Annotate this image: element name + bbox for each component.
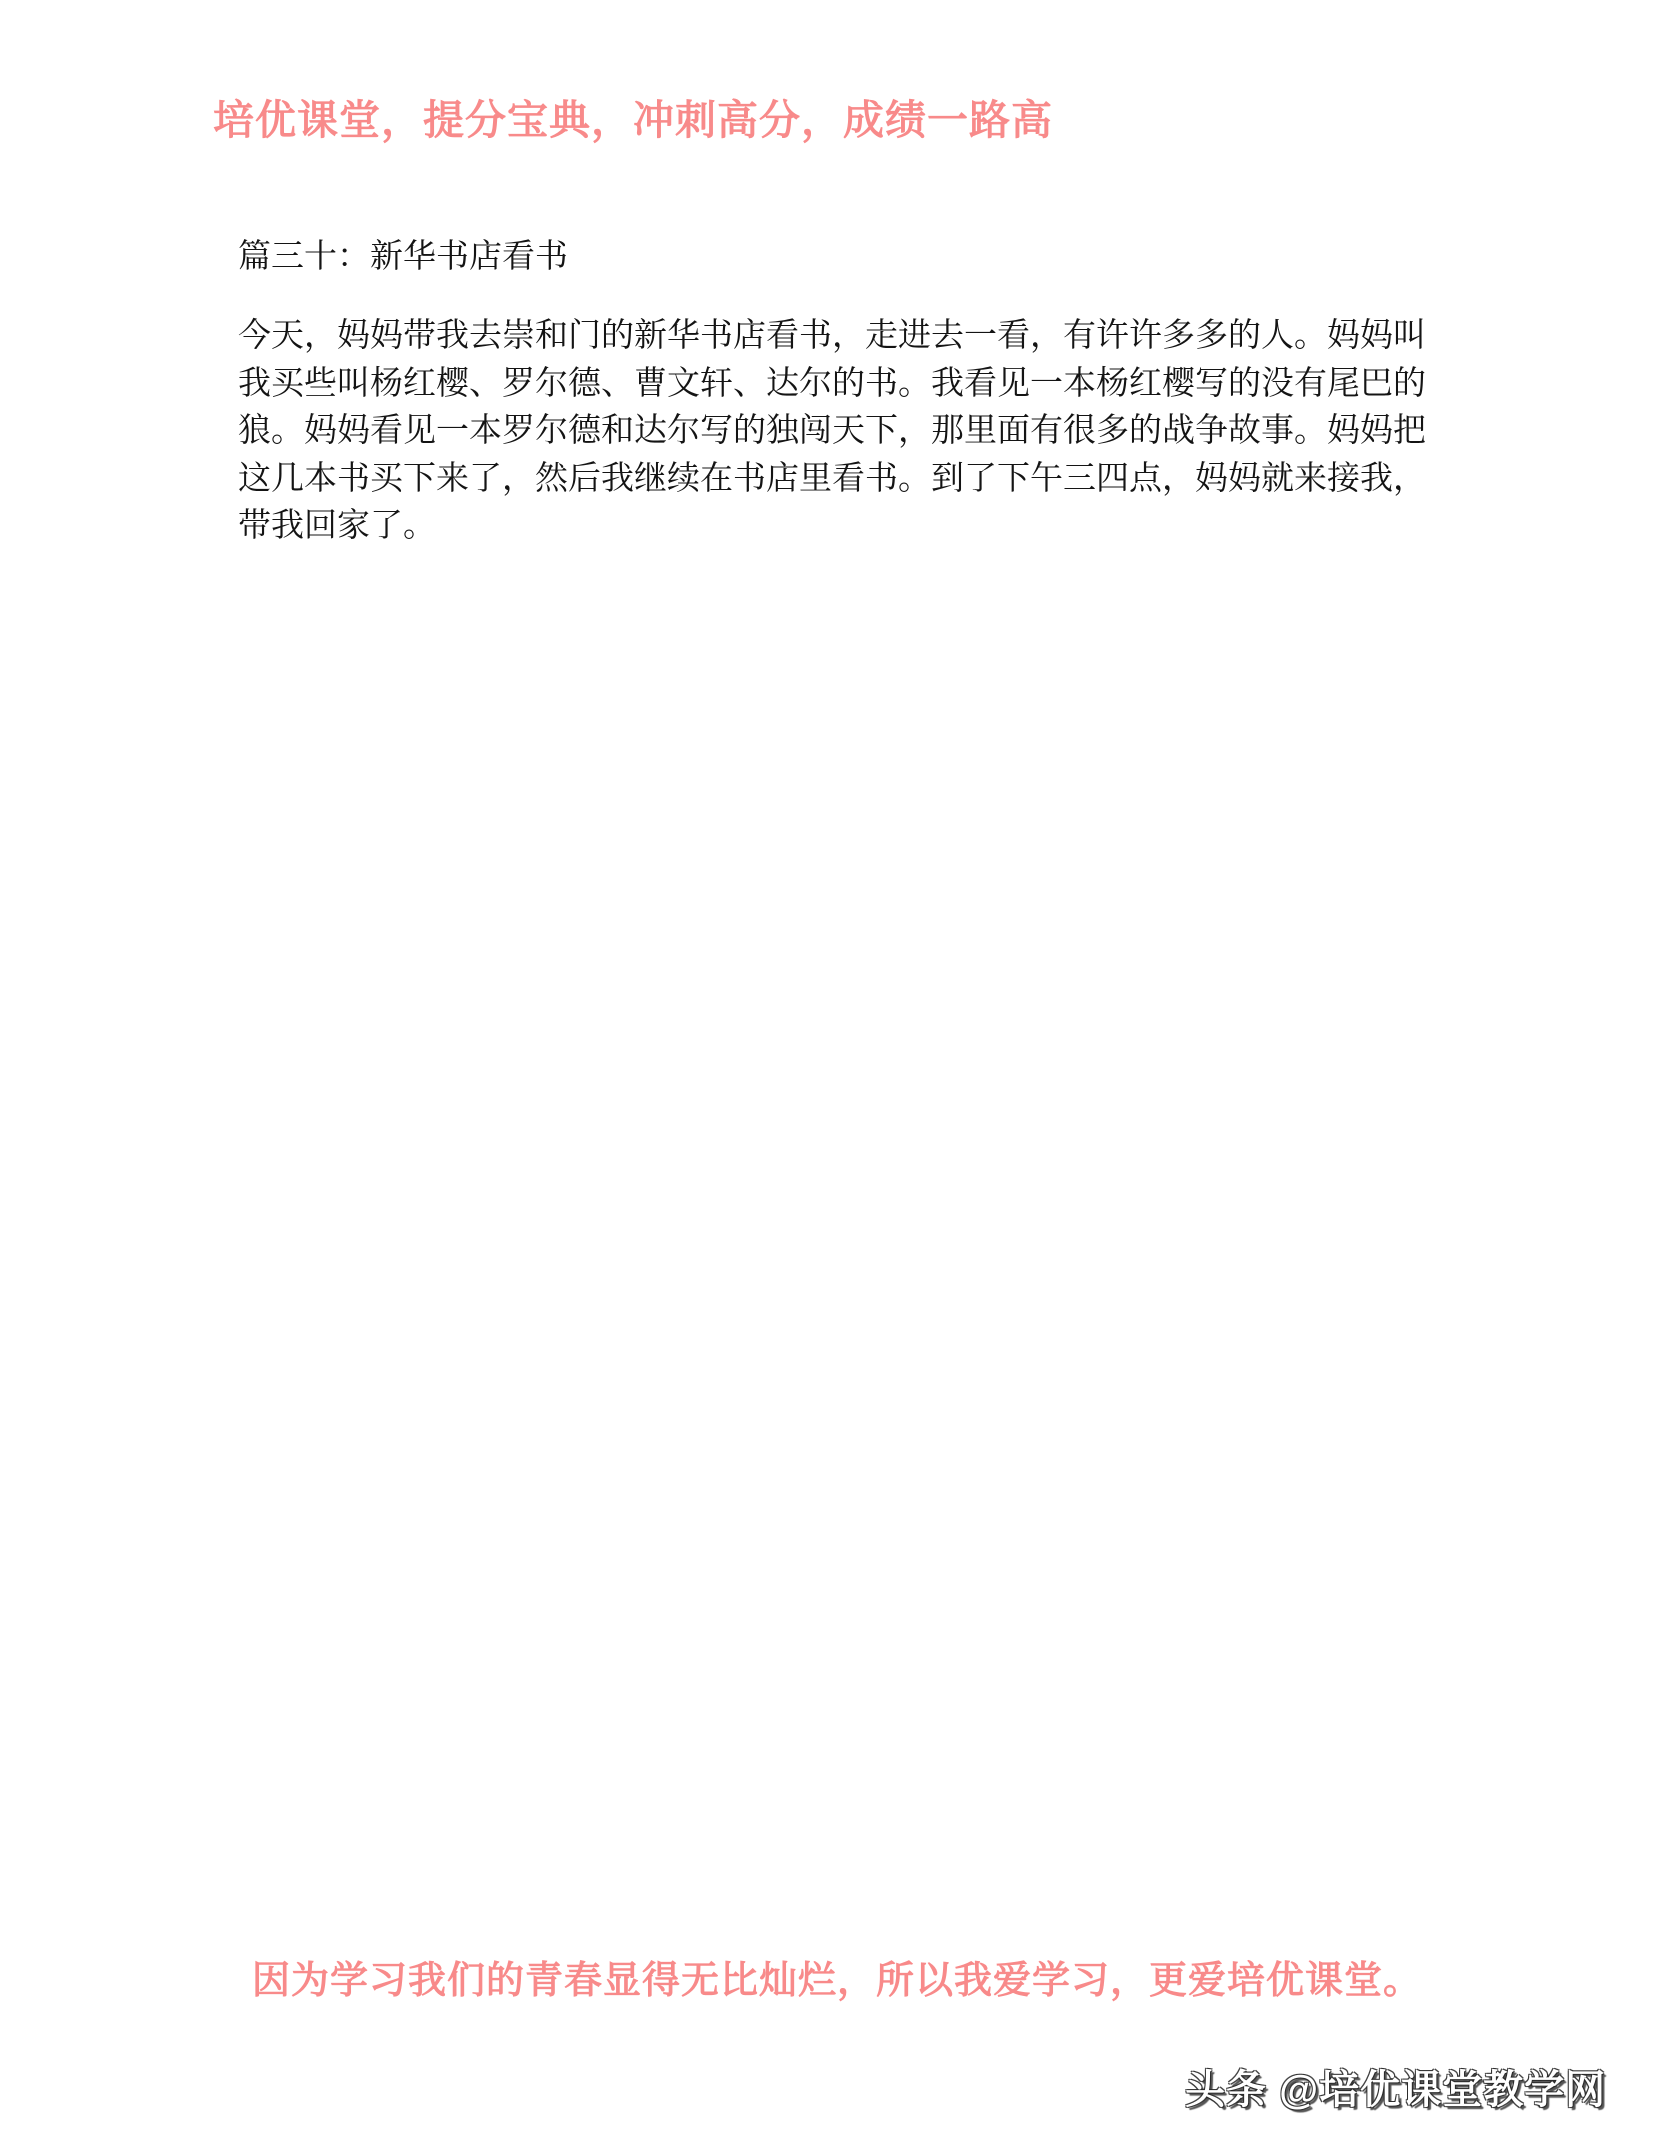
- paragraph-line: 这几本书买下来了，然后我继续在书店里看书。到了下午三四点，妈妈就来接我，: [238, 454, 1448, 502]
- paragraph-line: 带我回家了。: [238, 501, 1448, 549]
- paragraph-line: 狼。妈妈看见一本罗尔德和达尔写的独闯天下，那里面有很多的战争故事。妈妈把: [238, 406, 1448, 454]
- body-paragraph: 今天，妈妈带我去崇和门的新华书店看书，走进去一看，有许许多多的人。妈妈叫 我买些…: [238, 311, 1448, 549]
- document-page: 培优课堂，提分宝典，冲刺高分，成绩一路高 篇三十：新华书店看书 今天，妈妈带我去…: [0, 0, 1653, 2139]
- paragraph-line: 今天，妈妈带我去崇和门的新华书店看书，走进去一看，有许许多多的人。妈妈叫: [238, 311, 1448, 359]
- header-slogan: 培优课堂，提分宝典，冲刺高分，成绩一路高: [213, 98, 1053, 143]
- footer-slogan: 因为学习我们的青春显得无比灿烂，所以我爱学习，更爱培优课堂。: [252, 1960, 1422, 2004]
- page-title: 篇三十：新华书店看书: [238, 236, 568, 276]
- toutiao-watermark: 头条 @培优课堂教学网: [1185, 2058, 1606, 2115]
- paragraph-line: 我买些叫杨红樱、罗尔德、曹文轩、达尔的书。我看见一本杨红樱写的没有尾巴的: [238, 359, 1448, 407]
